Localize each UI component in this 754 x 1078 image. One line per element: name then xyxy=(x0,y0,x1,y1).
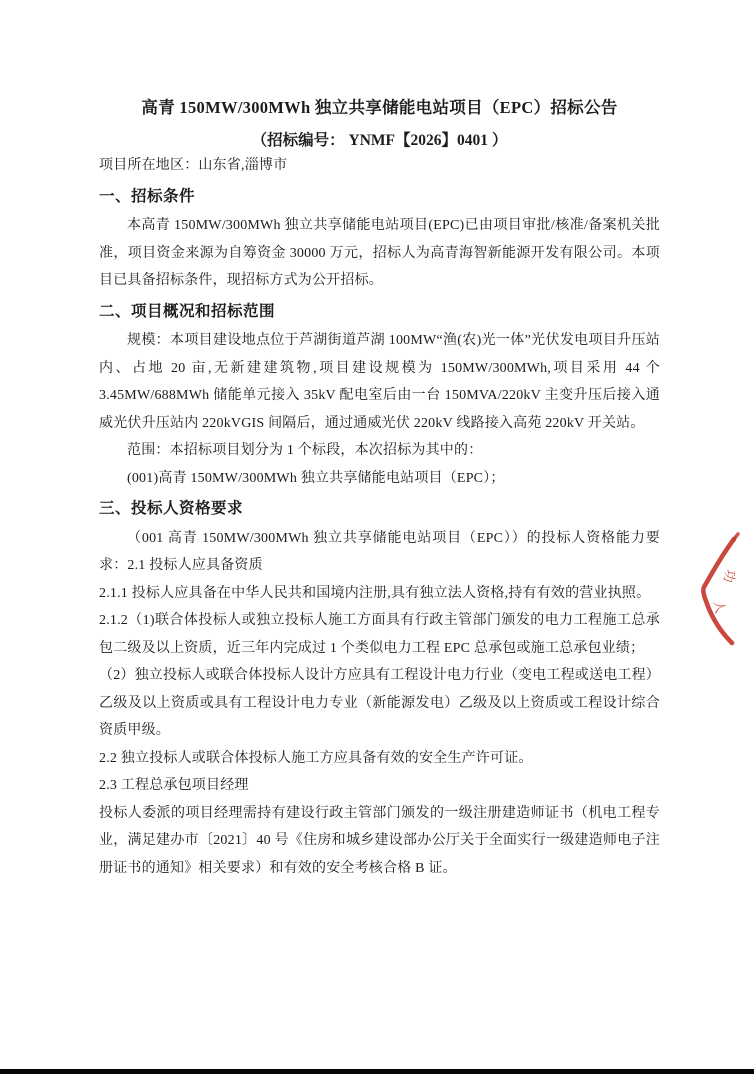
document-content: 高青 150MW/300MWh 独立共享储能电站项目（EPC）招标公告 （招标编… xyxy=(99,96,660,882)
red-seal-stamp-icon: 功 人 xyxy=(698,527,754,655)
paragraph-lot-001: (001)高青 150MW/300MWh 独立共享储能电站项目（EPC）； xyxy=(99,465,660,493)
viewport-bottom-edge xyxy=(0,1069,754,1074)
paragraph-2-3: 2.3 工程总承包项目经理 xyxy=(99,772,660,800)
section-heading-1: 一、招标条件 xyxy=(99,183,660,211)
document-page: 高青 150MW/300MWh 独立共享储能电站项目（EPC）招标公告 （招标编… xyxy=(0,0,754,1078)
section-heading-2: 二、项目概况和招标范围 xyxy=(99,298,660,326)
paragraph-project-manager-requirement: 投标人委派的项目经理需持有建设行政主管部门颁发的一级注册建造师证书（机电工程专业… xyxy=(99,800,660,883)
stamp-arc-tip xyxy=(734,534,738,539)
stamp-glyph-2: 人 xyxy=(711,599,728,615)
paragraph-scope: 范围：本招标项目划分为 1 个标段，本次招标为其中的： xyxy=(99,437,660,465)
paragraph-2-1-2-item2: （2）独立投标人或联合体投标人设计方应具有工程设计电力行业（变电工程或送电工程）… xyxy=(99,662,660,745)
stamp-glyph-1: 功 xyxy=(721,568,738,583)
section-heading-3: 三、投标人资格要求 xyxy=(99,495,660,523)
tender-number: （招标编号： YNMF【2026】0401 ） xyxy=(99,130,660,152)
paragraph-2-2: 2.2 独立投标人或联合体投标人施工方应具备有效的安全生产许可证。 xyxy=(99,745,660,773)
paragraph-project-scale: 规模：本项目建设地点位于芦湖街道芦湖 100MW“渔(农)光一体”光伏发电项目升… xyxy=(99,327,660,437)
project-location-line: 项目所在地区：山东省,淄博市 xyxy=(99,152,660,180)
paragraph-qualification-intro: （001 高青 150MW/300MWh 独立共享储能电站项目（EPC））的投标… xyxy=(99,525,660,580)
paragraph-2-1-2: 2.1.2（1)联合体投标人或独立投标人施工方面具有行政主管部门颁发的电力工程施… xyxy=(99,607,660,662)
document-title: 高青 150MW/300MWh 独立共享储能电站项目（EPC）招标公告 xyxy=(99,96,660,119)
paragraph-2-1-1: 2.1.1 投标人应具备在中华人民共和国境内注册,具有独立法人资格,持有有效的营… xyxy=(99,580,660,608)
paragraph-tender-conditions: 本高青 150MW/300MWh 独立共享储能电站项目(EPC)已由项目审批/核… xyxy=(99,212,660,295)
stamp-arc xyxy=(703,539,734,643)
